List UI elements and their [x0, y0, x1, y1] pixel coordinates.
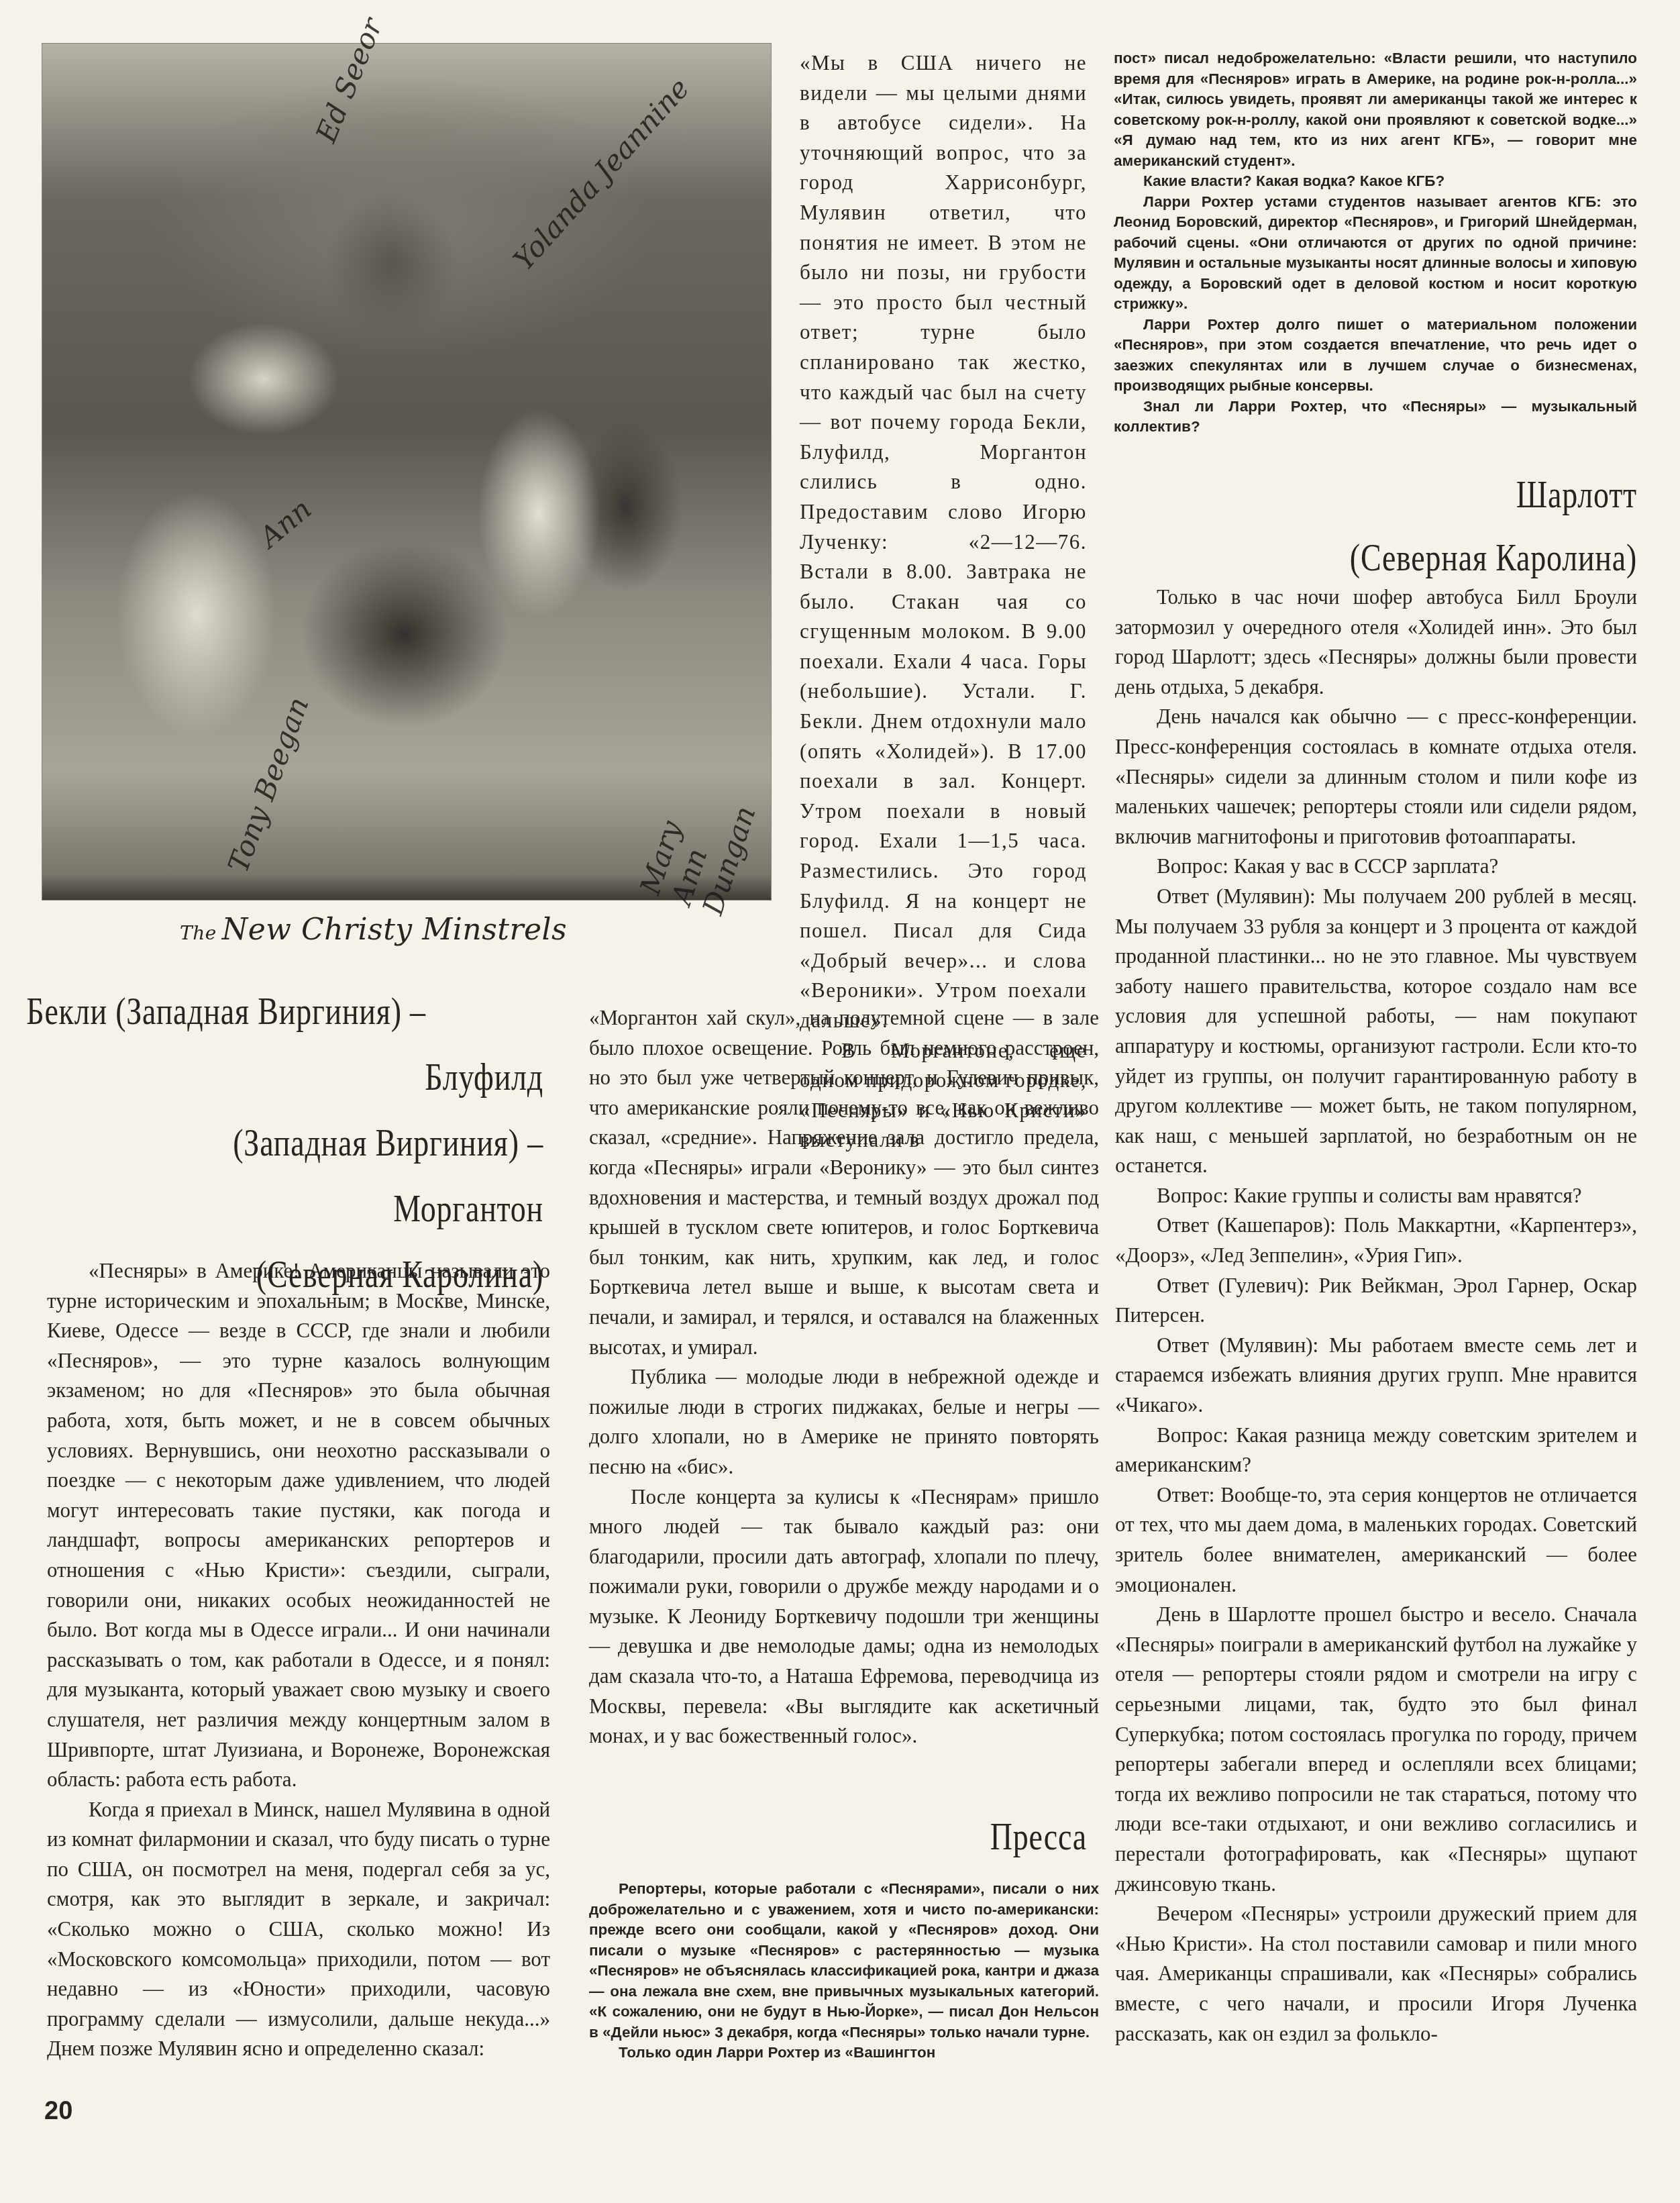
paragraph: Ларри Рохтер долго пишет о материальном …: [1114, 315, 1637, 397]
paragraph: Репортеры, которые работали с «Песнярами…: [589, 1879, 1099, 2043]
paragraph: Ответ (Кашепаров): Поль Маккартни, «Карп…: [1115, 1211, 1637, 1270]
paragraph: Ларри Рохтер устами студентов называет а…: [1114, 192, 1637, 315]
paragraph: День начался как обычно — с пресс-конфер…: [1115, 702, 1637, 852]
section-heading-beckley: Бекли (Западная Виргиния) – Блуфилд (Зап…: [114, 986, 543, 1300]
autograph: Tony Beegan: [221, 693, 315, 877]
autograph: Ann: [253, 493, 317, 554]
paragraph: «Мы в США ничего не видели — мы целыми д…: [800, 48, 1087, 1036]
heading-line: Шарлотт: [1197, 470, 1637, 521]
paragraph: Только в час ночи шофер автобуса Билл Бр…: [1115, 582, 1637, 702]
paragraph: Ответ (Гулевич): Рик Вейкман, Эрол Гарне…: [1115, 1271, 1637, 1331]
article-column-right: Только в час ночи шофер автобуса Билл Бр…: [1115, 582, 1637, 2049]
section-heading-charlotte: Шарлотт (Северная Каролина): [1197, 470, 1637, 584]
heading-line: Блуфилд: [114, 1052, 543, 1103]
paragraph: День в Шарлотте прошел быстро и весело. …: [1115, 1600, 1637, 1899]
paragraph: «Моргантон хай скул», на полутемной сцен…: [589, 1003, 1099, 1362]
autograph: Ed Seeor: [309, 13, 388, 147]
heading-line: Моргантон: [114, 1184, 543, 1235]
heading-line: (Северная Каролина): [1197, 533, 1637, 584]
heading-line: Бекли (Западная Виргиния) –: [26, 986, 456, 1037]
section-heading-press: Пресса: [856, 1812, 1087, 1863]
press-column-continued: пост» писал недоброжелательно: «Власти р…: [1114, 48, 1637, 438]
paragraph: Ответ (Мулявин): Мы получаем 200 рублей …: [1115, 882, 1637, 1181]
article-column-middle-top: «Мы в США ничего не видели — мы целыми д…: [800, 48, 1087, 1156]
paragraph: Знал ли Ларри Рохтер, что «Песняры» — му…: [1114, 397, 1637, 438]
paragraph: «Песняры» в Америке! Американцы называли…: [47, 1256, 550, 1795]
paragraph: После концерта за кулисы к «Песнярам» пр…: [589, 1482, 1099, 1751]
caption-title: New Christy Minstrels: [222, 913, 567, 947]
page-number: 20: [44, 2097, 72, 2126]
group-photo: Ed Seeor Yolanda Jeannine Ann Tony Beega…: [42, 43, 772, 901]
paragraph: Вопрос: Какая разница между советским зр…: [1115, 1421, 1637, 1480]
caption-prefix: The: [180, 922, 217, 944]
paragraph: Какие власти? Какая водка? Какое КГБ?: [1114, 171, 1637, 192]
paragraph: Вечером «Песняры» устроили дружеский при…: [1115, 1899, 1637, 2049]
press-column: Репортеры, которые работали с «Песнярами…: [589, 1879, 1099, 2063]
paragraph: Только один Ларри Рохтер из «Вашингтон: [589, 2043, 1099, 2063]
paragraph: Вопрос: Какая у вас в СССР зарплата?: [1115, 852, 1637, 882]
paragraph: пост» писал недоброжелательно: «Власти р…: [1114, 48, 1637, 171]
article-column-left: «Песняры» в Америке! Американцы называли…: [47, 1256, 550, 2064]
autograph: Yolanda Jeannine: [507, 72, 696, 276]
paragraph: Публика — молодые люди в небрежной одежд…: [589, 1362, 1099, 1482]
paragraph: Вопрос: Какие группы и солисты вам нравя…: [1115, 1181, 1637, 1211]
paragraph: Ответ: Вообще-то, эта серия концертов не…: [1115, 1480, 1637, 1600]
photo-caption: TheNew Christy Minstrels: [180, 913, 567, 947]
heading-line: (Западная Виргиния) –: [114, 1118, 543, 1169]
autograph: Mary Ann Dungan: [633, 757, 770, 919]
paragraph: Ответ (Мулявин): Мы работаем вместе семь…: [1115, 1331, 1637, 1421]
heading-line: Пресса: [856, 1812, 1087, 1863]
article-column-middle: «Моргантон хай скул», на полутемной сцен…: [589, 1003, 1099, 1751]
paragraph: Когда я приехал в Минск, нашел Мулявина …: [47, 1795, 550, 2064]
